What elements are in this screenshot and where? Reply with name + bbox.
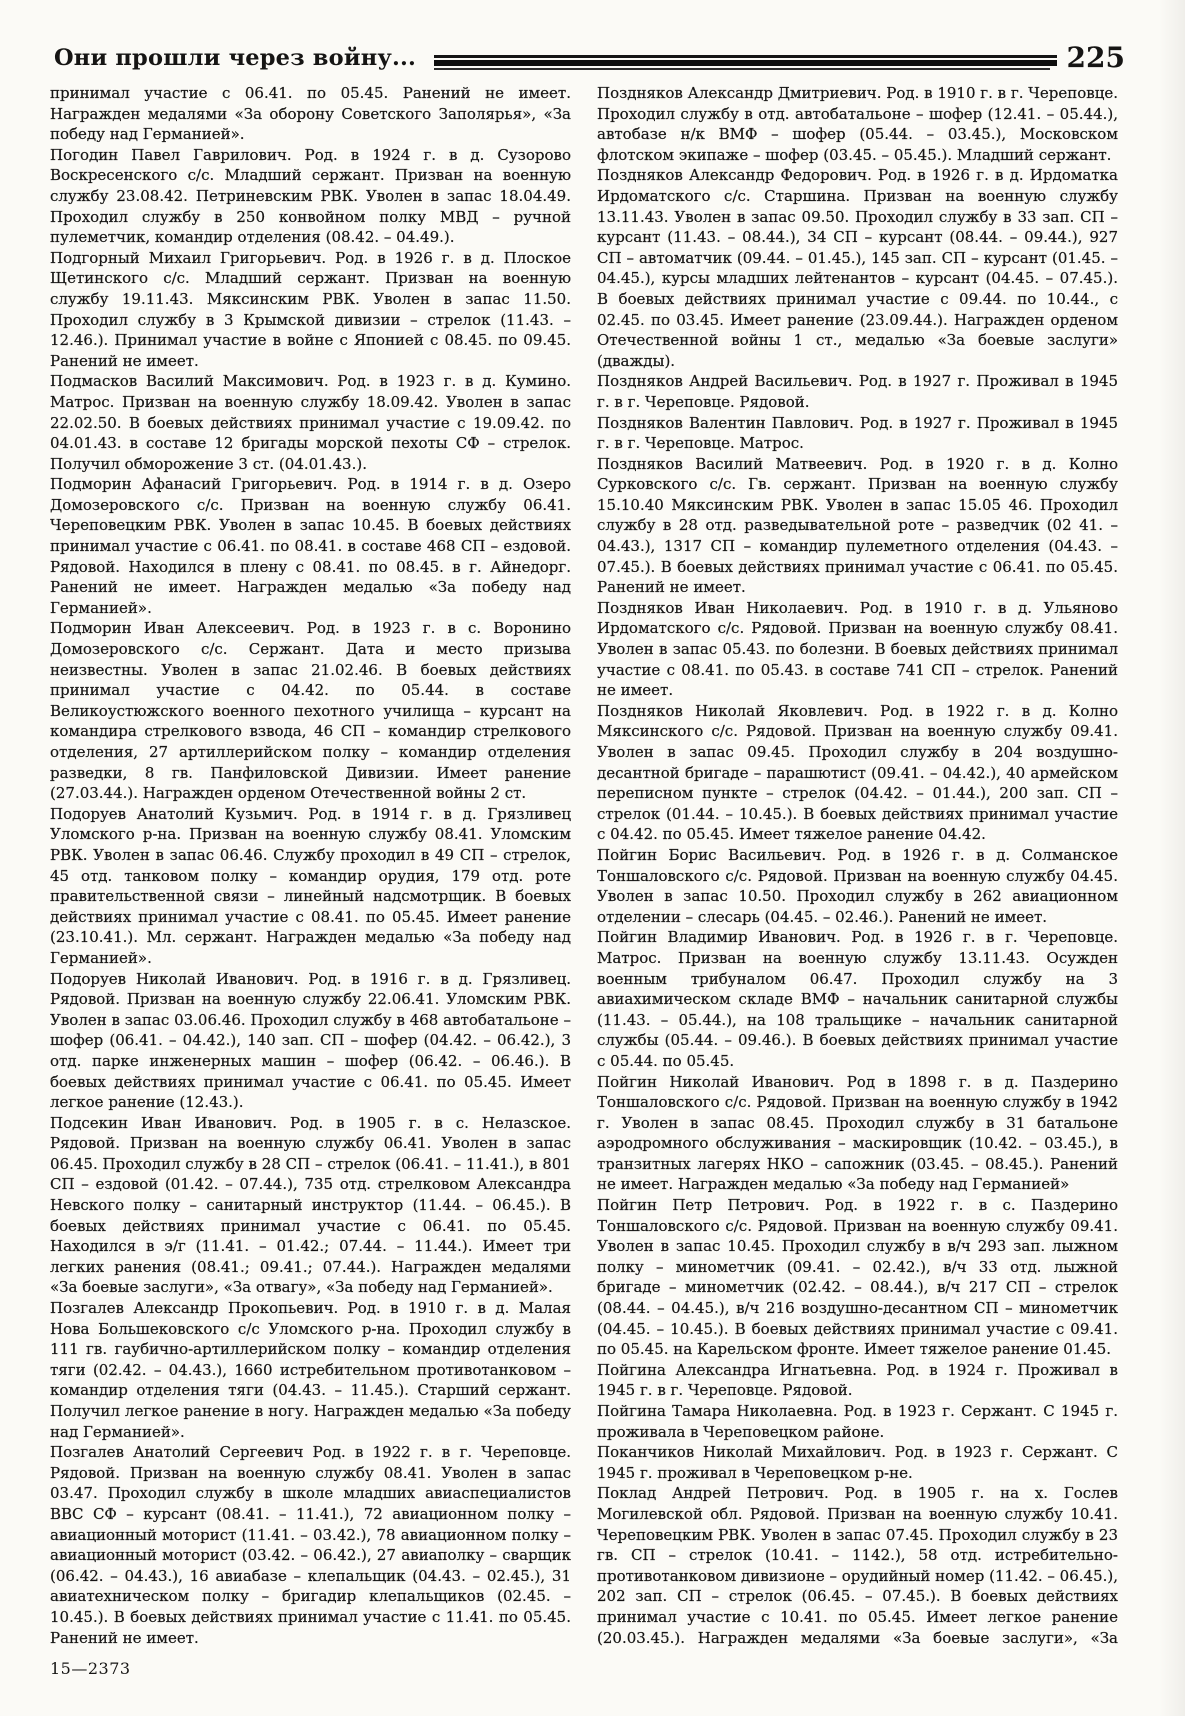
header-rule [434, 55, 1056, 70]
entry-paragraph: Пойгина Александра Игнатьевна. Род. в 19… [597, 1360, 1118, 1401]
entry-paragraph: Поклад Андрей Петрович. Род. в 1905 г. н… [597, 1483, 1118, 1647]
entry-paragraph: Поздняков Иван Николаевич. Род. в 1910 г… [597, 598, 1118, 701]
rule-line-thick [434, 60, 1056, 66]
running-title: Они прошли через войну... [54, 45, 416, 71]
page-header: Они прошли через войну... 225 [0, 0, 1185, 72]
entry-paragraph: Подсекин Иван Иванович. Род. в 1905 г. в… [50, 1113, 571, 1298]
entry-paragraph: Позгалев Александр Прокопьевич. Род. в 1… [50, 1298, 571, 1442]
entry-paragraph: принимал участие с 06.41. по 05.45. Ране… [50, 83, 571, 145]
rule-line-top [434, 55, 1056, 58]
text-columns: принимал участие с 06.41. по 05.45. Ране… [0, 72, 1185, 1647]
left-column: принимал участие с 06.41. по 05.45. Ране… [50, 83, 571, 1647]
entry-paragraph: Поздняков Василий Матвеевич. Род. в 1920… [597, 454, 1118, 598]
entry-paragraph: Поздняков Александр Дмитриевич. Род. в 1… [597, 83, 1118, 165]
entry-paragraph: Подмасков Василий Максимович. Род. в 192… [50, 371, 571, 474]
entry-paragraph: Поканчиков Николай Михайлович. Род. в 19… [597, 1442, 1118, 1483]
entry-paragraph: Поздняков Валентин Павлович. Род. в 1927… [597, 413, 1118, 454]
entry-paragraph: Подоруев Анатолий Кузьмич. Род. в 1914 г… [50, 804, 571, 969]
entry-paragraph: Погодин Павел Гаврилович. Род. в 1924 г.… [50, 145, 571, 248]
entry-paragraph: Подоруев Николай Иванович. Род. в 1916 г… [50, 969, 571, 1113]
entry-paragraph: Подгорный Михаил Григорьевич. Род. в 192… [50, 248, 571, 372]
entry-paragraph: Пойгин Владимир Иванович. Род. в 1926 г.… [597, 927, 1118, 1071]
entry-paragraph: Пойгин Петр Петрович. Род. в 1922 г. в с… [597, 1195, 1118, 1360]
entry-paragraph: Подморин Афанасий Григорьевич. Род. в 19… [50, 474, 571, 618]
entry-paragraph: Позгалев Анатолий Сергеевич Род. в 1922 … [50, 1442, 571, 1647]
rule-line-bottom [434, 68, 1050, 70]
book-page: Они прошли через войну... 225 принимал у… [0, 0, 1185, 1716]
entry-paragraph: Пойгин Николай Иванович. Род в 1898 г. в… [597, 1072, 1118, 1196]
entry-paragraph: Пойгина Тамара Николаевна. Род. в 1923 г… [597, 1401, 1118, 1442]
entry-paragraph: Поздняков Николай Яковлевич. Род. в 1922… [597, 701, 1118, 845]
entry-paragraph: Пойгин Борис Васильевич. Род. в 1926 г. … [597, 845, 1118, 927]
print-signature: 15—2373 [50, 1659, 131, 1678]
page-number: 225 [1067, 44, 1125, 72]
right-column: Поздняков Александр Дмитриевич. Род. в 1… [597, 83, 1118, 1647]
entry-paragraph: Поздняков Александр Федорович. Род. в 19… [597, 165, 1118, 371]
entry-paragraph: Поздняков Андрей Васильевич. Род. в 1927… [597, 371, 1118, 412]
entry-paragraph: Подморин Иван Алексеевич. Род. в 1923 г.… [50, 618, 571, 803]
page-footer: 15—2373 [50, 1659, 131, 1678]
